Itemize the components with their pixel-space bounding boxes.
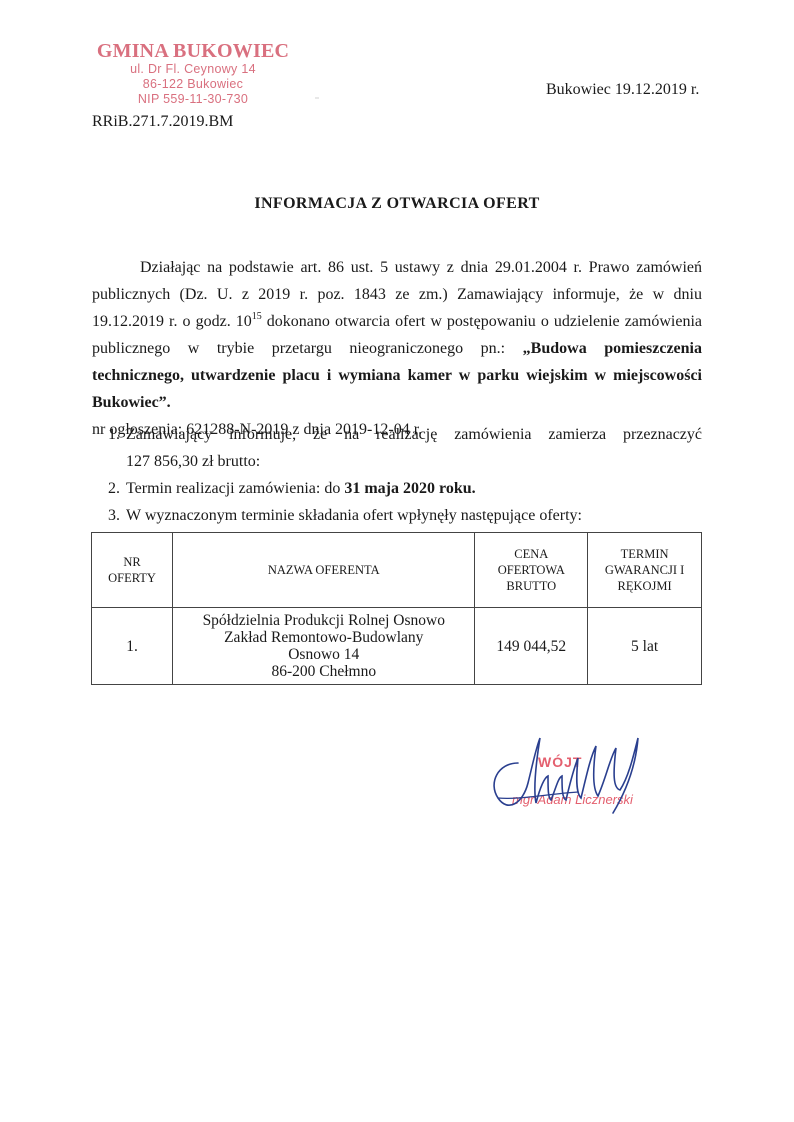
header-nr: NROFERTY bbox=[92, 533, 173, 608]
table-header-row: NROFERTY NAZWA OFERENTA CENAOFERTOWABRUT… bbox=[92, 533, 702, 608]
table-row: 1. Spółdzielnia Produkcji Rolnej Osnowo … bbox=[92, 608, 702, 685]
header-warranty: TERMINGWARANCJI IRĘKOJMI bbox=[588, 533, 702, 608]
header-name: NAZWA OFERENTA bbox=[173, 533, 475, 608]
list-item: 1. Zamawiający informuje, że na realizac… bbox=[108, 421, 702, 475]
cell-name: Spółdzielnia Produkcji Rolnej Osnowo Zak… bbox=[173, 608, 475, 685]
place-date: Bukowiec 19.12.2019 r. bbox=[546, 81, 699, 99]
time-superscript: 15 bbox=[252, 311, 262, 322]
stamp-nip: NIP 559-11-30-730 bbox=[88, 92, 298, 107]
document-title: INFORMACJA Z OTWARCIA OFERT bbox=[0, 195, 794, 213]
scan-artifact bbox=[315, 97, 319, 99]
list-item: 2. Termin realizacji zamówienia: do 31 m… bbox=[108, 475, 702, 502]
intro-paragraph: Działając na podstawie art. 86 ust. 5 us… bbox=[92, 254, 702, 443]
offers-table: NROFERTY NAZWA OFERENTA CENAOFERTOWABRUT… bbox=[91, 532, 702, 685]
signature-block: WÓJT mgr Adam Licznerski bbox=[478, 728, 668, 828]
header-price: CENAOFERTOWABRUTTO bbox=[475, 533, 588, 608]
list-item: 3. W wyznaczonym terminie składania ofer… bbox=[108, 502, 702, 529]
info-list: 1. Zamawiający informuje, że na realizac… bbox=[108, 421, 702, 529]
handwritten-signature-icon bbox=[478, 728, 668, 828]
cell-price: 149 044,52 bbox=[475, 608, 588, 685]
stamp-name: GMINA BUKOWIEC bbox=[88, 40, 298, 62]
deadline: 31 maja 2020 roku. bbox=[344, 480, 475, 497]
reference-number: RRiB.271.7.2019.BM bbox=[92, 113, 233, 131]
municipality-stamp: GMINA BUKOWIEC ul. Dr Fl. Ceynowy 14 86-… bbox=[88, 40, 298, 107]
cell-nr: 1. bbox=[92, 608, 173, 685]
cell-warranty: 5 lat bbox=[588, 608, 702, 685]
stamp-address-line2: 86-122 Bukowiec bbox=[88, 77, 298, 92]
stamp-address-line1: ul. Dr Fl. Ceynowy 14 bbox=[88, 62, 298, 77]
